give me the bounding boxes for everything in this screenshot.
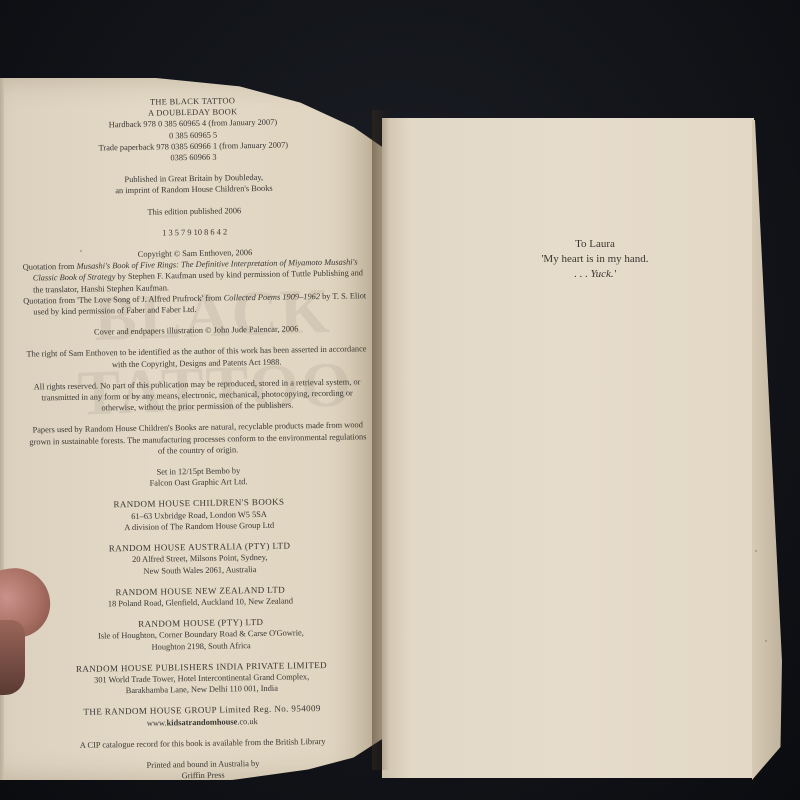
- printer-credit: Printed and bound in Australia by Griffi…: [30, 756, 375, 784]
- quotation-credit-1: Quotation from Musashi's Book of Five Ri…: [23, 257, 368, 296]
- typeset-credit: Set in 12/15pt Bembo by Falcon Oast Grap…: [26, 463, 371, 491]
- paper-notice: Papers used by Random House Children's B…: [25, 420, 370, 459]
- thumb-base: [0, 620, 25, 695]
- address-india: RANDOM HOUSE PUBLISHERS INDIA PRIVATE LI…: [29, 659, 374, 698]
- address-australia: RANDOM HOUSE AUSTRALIA (PTY) LTD 20 Alfr…: [27, 539, 372, 578]
- quote-source-title: Collected Poems 1909–1962: [224, 292, 320, 303]
- dedication-to: To Laura: [470, 237, 720, 252]
- address-south-africa: RANDOM HOUSE (PTY) LTD Isle of Houghton,…: [28, 615, 373, 654]
- paper-speck: [755, 550, 757, 552]
- yuck-word: Yuck.': [591, 268, 616, 280]
- dedication-yuck-line: . . . Yuck.': [470, 267, 720, 282]
- quotation-credit-2: Quotation from 'The Love Song of J. Alfr…: [23, 290, 368, 318]
- moral-right-notice: The right of Sam Enthoven to be identifi…: [24, 344, 369, 372]
- paper-speck: [80, 250, 82, 252]
- quote-prefix: Quotation from 'The Love Song of J. Alfr…: [23, 293, 224, 305]
- rights-reserved-notice: All rights reserved. No part of this pub…: [24, 376, 369, 415]
- dedication-text: To Laura 'My heart is in my hand. . . . …: [470, 237, 720, 282]
- book-photo-scene: BLACK TATTOO THE BLACK TATTOO A DOUBLEDA…: [0, 0, 800, 800]
- printing-line: 1 3 5 7 9 10 8 6 4 2: [22, 224, 367, 241]
- url-prefix: www.: [147, 718, 167, 727]
- page-stack-edge: [752, 120, 782, 780]
- dedication-quote: 'My heart is in my hand.: [470, 252, 720, 267]
- cip-notice: A CIP catalogue record for this book is …: [30, 735, 375, 752]
- edition-line: This edition published 2006: [22, 203, 367, 220]
- address-new-zealand: RANDOM HOUSE NEW ZEALAND LTD 18 Poland R…: [28, 583, 373, 611]
- address-children: RANDOM HOUSE CHILDREN'S BOOKS 61–63 Uxbr…: [26, 496, 371, 535]
- dedication-page: [382, 118, 754, 778]
- paper-speck: [765, 640, 767, 642]
- ellipsis: . . .: [574, 268, 591, 280]
- publisher-note: Published in Great Britain by Doubleday,…: [21, 170, 366, 198]
- group-registration: THE RANDOM HOUSE GROUP Limited Reg. No. …: [30, 703, 375, 731]
- url-bold: kidsatrandomhouse: [167, 717, 238, 727]
- illustration-credit: Cover and endpapers illustration © John …: [24, 323, 369, 340]
- url-suffix: .co.uk: [237, 717, 258, 726]
- title-block: THE BLACK TATTOO A DOUBLEDAY BOOK Hardba…: [20, 93, 366, 166]
- quote-prefix: Quotation from: [23, 262, 77, 272]
- copyright-text: THE BLACK TATTOO A DOUBLEDAY BOOK Hardba…: [20, 93, 376, 794]
- book-gutter: [372, 110, 390, 770]
